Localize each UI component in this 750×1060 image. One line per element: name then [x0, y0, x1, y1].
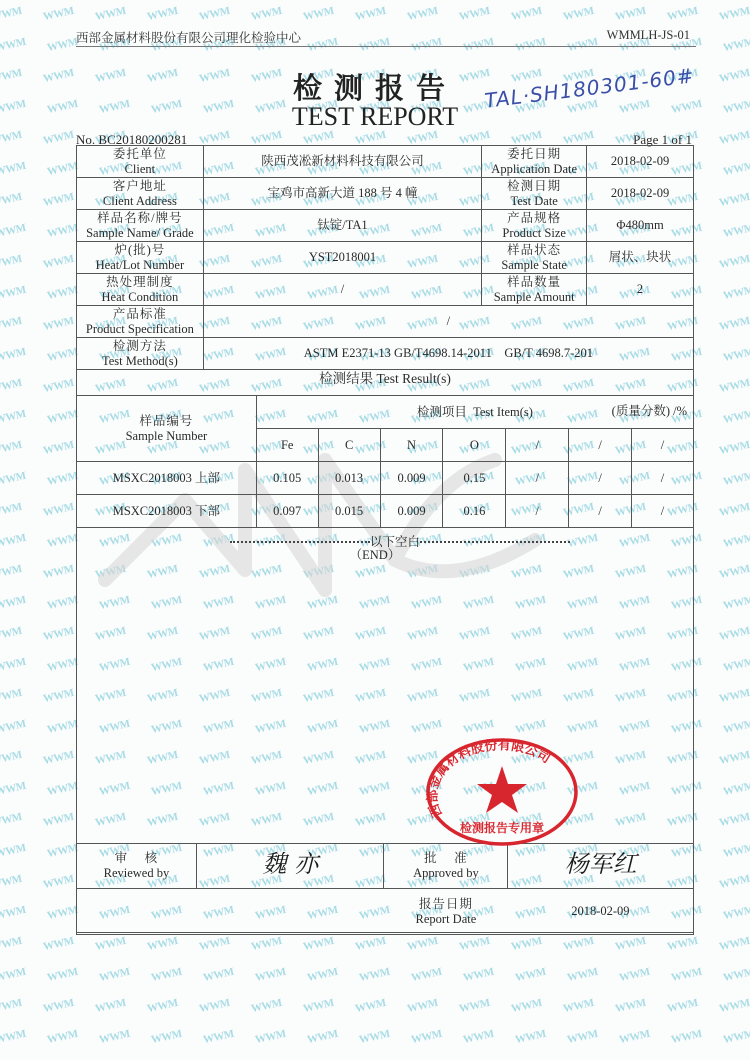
result-value-cell: /: [506, 462, 569, 495]
form-code: WMMLH-JS-01: [607, 28, 690, 43]
test-items-header: 检测项目 Test Item(s) (质量分数) /%: [256, 396, 693, 429]
approver-signature: 杨军红: [508, 844, 694, 889]
header-divider: [76, 46, 696, 47]
result-value-cell: 0.009: [380, 495, 443, 528]
result-value-cell: 0.097: [256, 495, 318, 528]
heat-lot-value: YST2018001: [203, 242, 481, 274]
signature-table: 审 核Reviewed by 魏 亦 批 准Approved by 杨军红 报告…: [76, 843, 694, 935]
info-row-client: 委托单位Client 陕西茂凇新材料科技有限公司 委托日期Application…: [77, 146, 694, 178]
element-column-header: C: [318, 429, 380, 462]
sample-number-header: 样品编号Sample Number: [77, 396, 257, 462]
info-row-sample: 样品名称/牌号Sample Name/ Grade 钛锭/TA1 产品规格Pro…: [77, 210, 694, 242]
result-value-cell: 0.15: [443, 462, 506, 495]
product-spec-label: 产品标准Product Specification: [77, 306, 204, 338]
reviewer-signature: 魏 亦: [196, 844, 384, 889]
sample-number-cell: MSXC2018003 上部: [77, 462, 257, 495]
product-spec-value: /: [203, 306, 693, 338]
result-value-cell: /: [569, 462, 632, 495]
info-row-address: 客户地址Client Address 宝鸡市高新大道 188 号 4 幢 检测日…: [77, 178, 694, 210]
sample-state-label: 样品状态Sample State: [482, 242, 587, 274]
element-column-header: /: [569, 429, 632, 462]
organization-name: 西部金属材料股份有限公司理化检验中心: [76, 28, 301, 46]
results-header-row: 样品编号Sample Number 检测项目 Test Item(s) (质量分…: [77, 396, 694, 429]
unit-label: (质量分数) /%: [612, 404, 687, 419]
test-date-value: 2018-02-09: [587, 178, 694, 210]
report-date-row: 报告日期Report Date 2018-02-09: [77, 889, 694, 935]
results-table: 样品编号Sample Number 检测项目 Test Item(s) (质量分…: [76, 395, 694, 528]
element-column-header: /: [632, 429, 694, 462]
result-value-cell: 0.013: [318, 462, 380, 495]
element-column-header: Fe: [256, 429, 318, 462]
result-value-cell: /: [506, 495, 569, 528]
sample-name-value: 钛锭/TA1: [203, 210, 481, 242]
result-value-cell: 0.015: [318, 495, 380, 528]
report-date-label: 报告日期Report Date: [384, 889, 508, 935]
heat-condition-label: 热处理制度Heat Condition: [77, 274, 204, 306]
client-label: 委托单位Client: [77, 146, 204, 178]
page-title-en: TEST REPORT: [0, 102, 750, 132]
table-row: MSXC2018003 上部0.1050.0130.0090.15///: [77, 462, 694, 495]
element-column-header: O: [443, 429, 506, 462]
heat-condition-value: /: [203, 274, 481, 306]
result-value-cell: /: [569, 495, 632, 528]
result-value-cell: /: [632, 462, 694, 495]
sample-amount-value: 2: [587, 274, 694, 306]
date-row-blank: [77, 889, 384, 935]
client-address-value: 宝鸡市高新大道 188 号 4 幢: [203, 178, 481, 210]
client-address-label: 客户地址Client Address: [77, 178, 204, 210]
element-column-header: N: [380, 429, 443, 462]
info-table: 委托单位Client 陕西茂凇新材料科技有限公司 委托日期Application…: [76, 145, 694, 370]
result-value-cell: /: [632, 495, 694, 528]
sample-name-label: 样品名称/牌号Sample Name/ Grade: [77, 210, 204, 242]
table-row: MSXC2018003 下部0.0970.0150.0090.16///: [77, 495, 694, 528]
heat-lot-label: 炉(批)号Heat/Lot Number: [77, 242, 204, 274]
application-date-value: 2018-02-09: [587, 146, 694, 178]
product-size-value: Φ480mm: [587, 210, 694, 242]
report-date-value: 2018-02-09: [508, 889, 694, 935]
reviewed-by-label: 审 核Reviewed by: [77, 844, 197, 889]
test-date-label: 检测日期Test Date: [482, 178, 587, 210]
result-value-cell: 0.16: [443, 495, 506, 528]
info-row-heat-lot: 炉(批)号Heat/Lot Number YST2018001 样品状态Samp…: [77, 242, 694, 274]
sample-number-cell: MSXC2018003 下部: [77, 495, 257, 528]
results-title: 检测结果 Test Result(s): [76, 362, 694, 394]
sample-amount-label: 样品数量Sample Amount: [482, 274, 587, 306]
signature-row: 审 核Reviewed by 魏 亦 批 准Approved by 杨军红: [77, 844, 694, 889]
sample-state-value: 屑状、块状: [587, 242, 694, 274]
info-row-product-spec: 产品标准Product Specification /: [77, 306, 694, 338]
client-value: 陕西茂凇新材料科技有限公司: [203, 146, 481, 178]
element-column-header: /: [506, 429, 569, 462]
approved-by-label: 批 准Approved by: [384, 844, 508, 889]
result-value-cell: 0.105: [256, 462, 318, 495]
result-value-cell: 0.009: [380, 462, 443, 495]
info-row-heat-condition: 热处理制度Heat Condition / 样品数量Sample Amount …: [77, 274, 694, 306]
product-size-label: 产品规格Product Size: [482, 210, 587, 242]
application-date-label: 委托日期Application Date: [482, 146, 587, 178]
end-label: （END）: [0, 545, 750, 563]
